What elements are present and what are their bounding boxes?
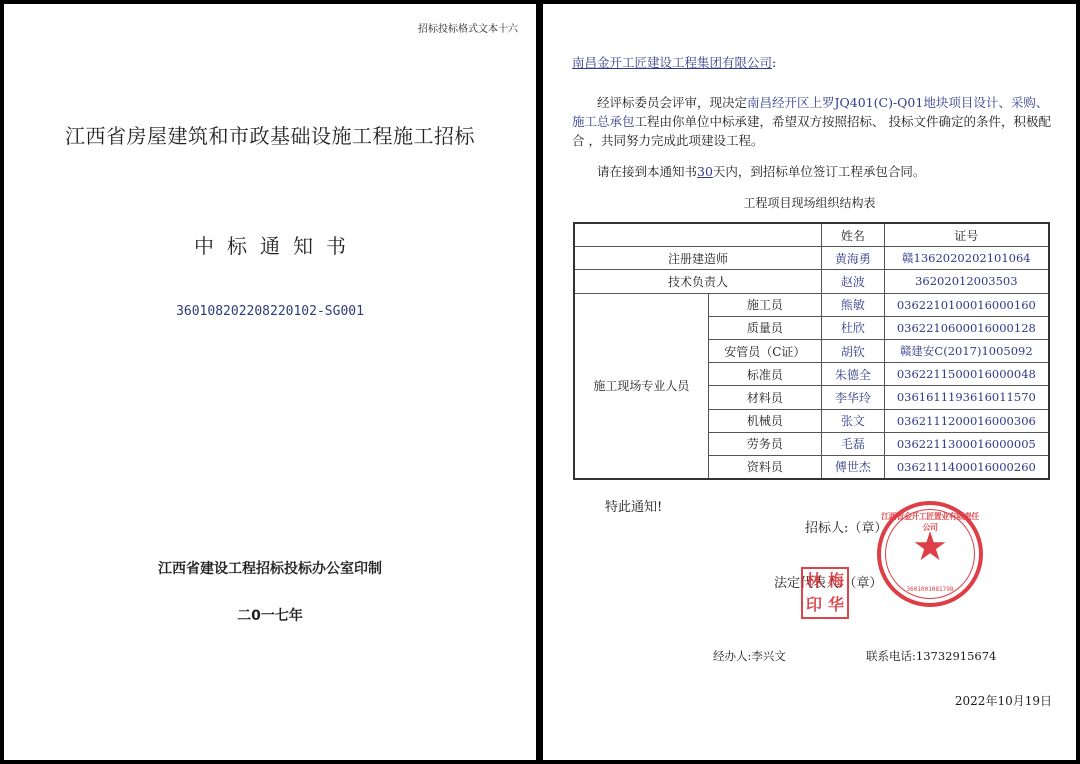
phone-label: 联系电话:13732915674 [866,648,996,664]
tenderer-label: 招标人:（章） [805,517,887,536]
company-seal-stamp: 江西省金开工匠置业有限责任公司 ★ 3601001081798 [877,501,983,607]
table-row: 技术负责人 赵波 36202012003503 [574,270,1049,293]
addressee-company: 南昌金开工匠建设工程集团有限公司 [572,55,772,70]
contract-paragraph: 请在接到本通知书30天内，到招标单位签订工程承包合同。 [572,162,1052,181]
printer-label: 江西省建设工程招标投标办公室印制 [4,558,536,578]
header-cert: 证号 [884,223,1049,247]
notice-page: 南昌金开工匠建设工程集团有限公司: 经评标委员会评审，现决定南昌经开区上罗JQ4… [543,4,1076,760]
handler-label: 经办人:李兴文 [713,648,786,664]
main-title: 江西省房屋建筑和市政基础设施工程施工招标 [4,120,536,149]
personal-seal-stamp: 林 梅 印 华 [801,567,849,619]
document-title: 中标通知书 [4,230,536,259]
days-value: 30 [697,164,713,179]
organization-table: 姓名 证号 注册建造师 黄海勇 赣1362020202101064 技术负责人 … [573,222,1050,480]
star-icon: ★ [881,527,979,567]
table-header-row: 姓名 证号 [574,223,1049,247]
addressee: 南昌金开工匠建设工程集团有限公司: [572,53,776,71]
award-paragraph: 经评标委员会评审，现决定南昌经开区上罗JQ401(C)-Q01地块项目设计、采购… [572,93,1052,150]
document-number: 360108202208220102-SG001 [4,304,536,319]
group-label: 施工现场专业人员 [574,293,708,479]
year-label: 二0一七年 [4,605,536,625]
form-code: 招标投标格式文本十六 [418,20,518,35]
table-title: 工程项目现场组织结构表 [543,194,1076,211]
table-row: 注册建造师 黄海勇 赣1362020202101064 [574,247,1049,270]
closing-text: 特此通知! [605,496,662,515]
cover-page: 招标投标格式文本十六 江西省房屋建筑和市政基础设施工程施工招标 中标通知书 36… [4,4,536,760]
header-name: 姓名 [822,223,885,247]
issue-date: 2022年10月19日 [955,692,1052,709]
table-row: 施工现场专业人员 施工员 熊敏 0362210100016000160 [574,293,1049,316]
seal-code: 3601001081798 [881,586,979,593]
